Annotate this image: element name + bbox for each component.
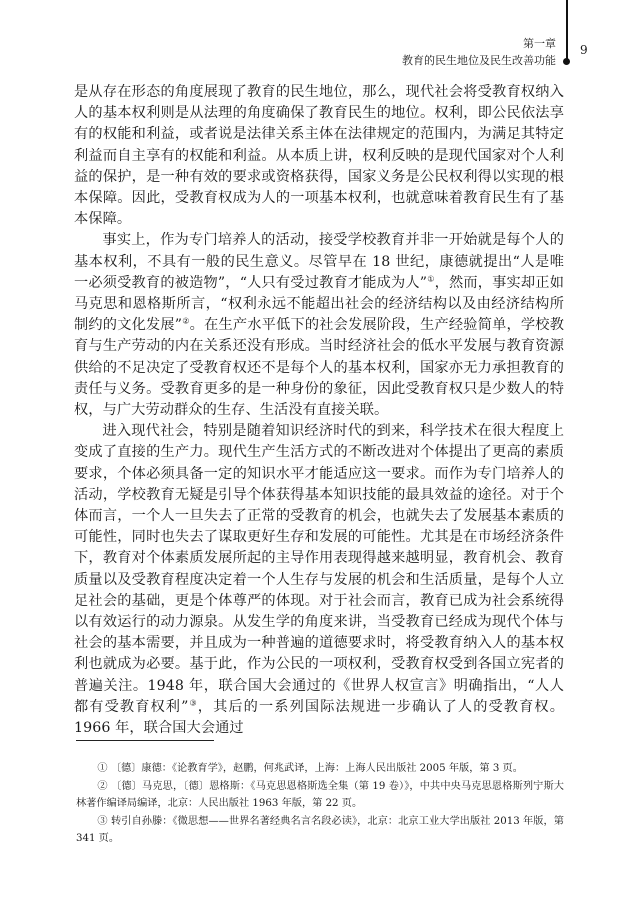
paragraph-text: 进入现代社会，特别是随着知识经济时代的到来，科学技术在很大程度上变成了直接的生产… (74, 423, 564, 715)
header-rule-dot (563, 58, 570, 65)
page-number: 9 (580, 43, 588, 57)
chapter-title: 教育的民生地位及民生改善功能 (402, 53, 556, 69)
paragraph-text: 是从存在形态的角度展现了教育的民生地位，那么，现代社会将受教育权纳入人的基本权利… (74, 84, 564, 227)
paragraph-2: 事实上，作为专门培养人的活动，接受学校教育并非一开始就是每个人的基本权利，不具有… (74, 230, 564, 421)
paragraph-1: 是从存在形态的角度展现了教育的民生地位，那么，现代社会将受教育权纳入人的基本权利… (74, 82, 564, 230)
chapter-label: 第一章 (523, 36, 556, 52)
body-text: 是从存在形态的角度展现了教育的民生地位，那么，现代社会将受教育权纳入人的基本权利… (74, 82, 564, 739)
footnote-ref-1[interactable]: ① (427, 274, 434, 283)
footnote-divider (76, 740, 214, 741)
footnote-2: ② 〔德〕马克思，〔德〕恩格斯：《马克思恩格斯选全集（第 19 卷）》，中共中央… (76, 778, 564, 813)
footnotes: ① 〔德〕康德：《论教育学》，赵鹏，何兆武译，上海：上海人民出版社 2005 年… (76, 760, 564, 848)
paragraph-3: 进入现代社会，特别是随着知识经济时代的到来，科学技术在很大程度上变成了直接的生产… (74, 421, 564, 739)
footnote-3: ③ 转引自孙滕：《微思想——世界名著经典名言名段必读》，北京：北京工业大学出版社… (76, 813, 564, 848)
footnote-ref-2[interactable]: ② (182, 317, 190, 326)
footnote-ref-3[interactable]: ③ (188, 698, 197, 707)
header-vertical-rule (566, 0, 568, 60)
footnote-1: ① 〔德〕康德：《论教育学》，赵鹏，何兆武译，上海：上海人民出版社 2005 年… (76, 760, 564, 778)
